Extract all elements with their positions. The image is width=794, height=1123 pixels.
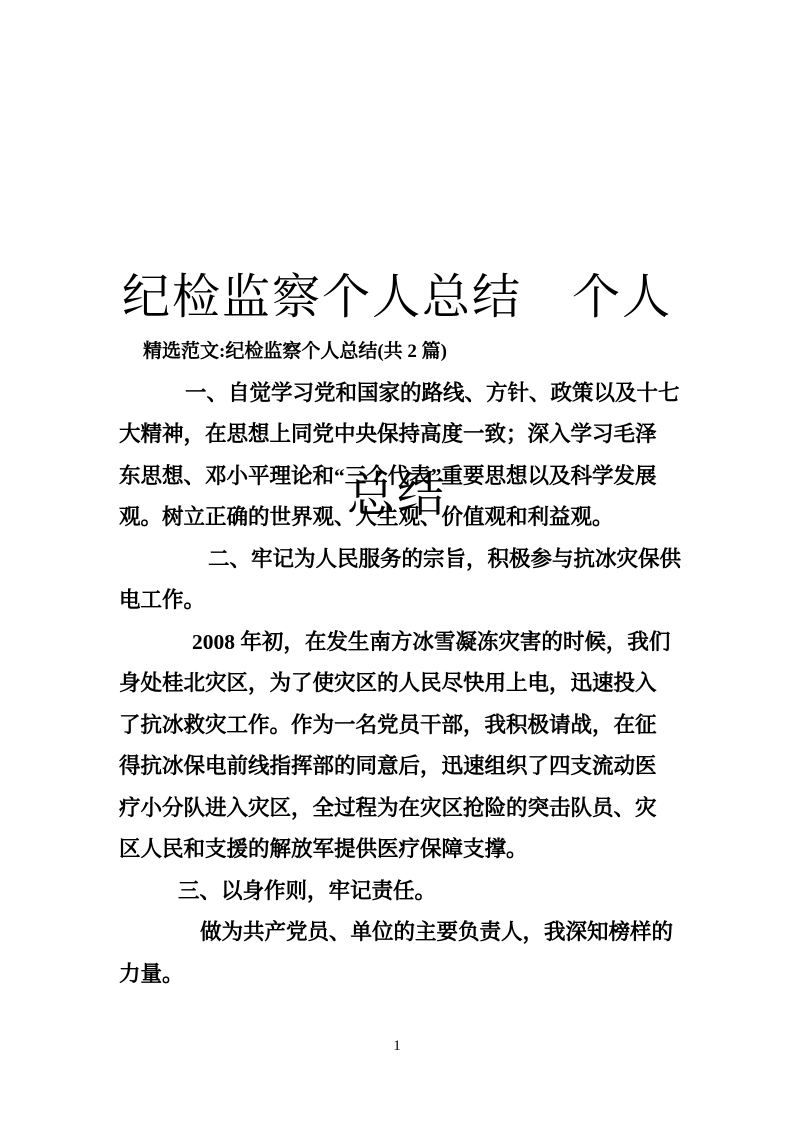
body-line: 身处桂北灾区，为了使灾区的人民尽快用上电，迅速投入 (119, 663, 685, 705)
body-line: 二、牢记为人民服务的宗旨，积极参与抗冰灾保供 (119, 539, 685, 581)
document-page: 纪检监察个人总结 个人 总结 精选范文:纪检监察个人总结(共 2 篇) 一、自觉… (0, 0, 794, 1123)
body-line: 大精神，在思想上同党中央保持高度一致；深入学习毛泽 (119, 414, 685, 456)
body-line: 2008 年初，在发生南方冰雪凝冻灾害的时候，我们 (119, 622, 685, 664)
document-title-line-1: 纪检监察个人总结 个人 (0, 265, 794, 331)
body-line: 三、以身作则，牢记责任。 (119, 871, 685, 913)
body-line: 东思想、邓小平理论和“三个代表”重要思想以及科学发展 (119, 456, 685, 498)
page-number: 1 (0, 1036, 794, 1056)
body-line: 一、自觉学习党和国家的路线、方针、政策以及十七 (119, 373, 685, 415)
body-line: 做为共产党员、单位的主要负责人，我深知榜样的 (119, 912, 685, 954)
body-line: 得抗冰保电前线指挥部的同意后，迅速组织了四支流动医 (119, 746, 685, 788)
body-line: 力量。 (119, 954, 685, 996)
document-body: 精选范文:纪检监察个人总结(共 2 篇) 一、自觉学习党和国家的路线、方针、政策… (119, 331, 685, 995)
body-line: 电工作。 (119, 580, 685, 622)
body-line: 了抗冰救灾工作。作为一名党员干部，我积极请战，在征 (119, 705, 685, 747)
body-line: 疗小分队进入灾区，全过程为在灾区抢险的突击队员、灾 (119, 788, 685, 830)
meta-line: 精选范文:纪检监察个人总结(共 2 篇) (119, 331, 685, 373)
body-line: 观。树立正确的世界观、人生观、价值观和利益观。 (119, 497, 685, 539)
body-line: 区人民和支援的解放军提供医疗保障支撑。 (119, 829, 685, 871)
